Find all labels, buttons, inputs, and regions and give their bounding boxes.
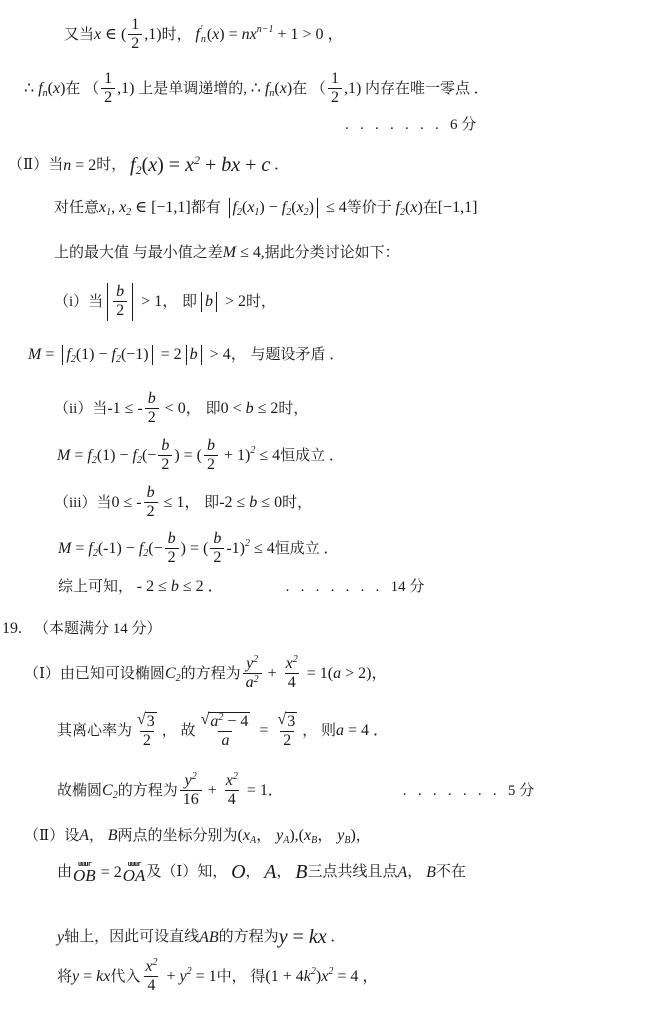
document-line: （Ⅰ）由已知可设椭圆C2的方程为y2a2 + x24 = 1(a > 2)， — [24, 655, 387, 693]
seg-sub: 2 — [137, 455, 142, 468]
seg-m: x — [99, 198, 106, 218]
seg-cn: 在 （ — [65, 80, 99, 99]
seg-m: M — [58, 539, 71, 559]
seg-m: b — [207, 437, 215, 455]
seg-r: + 1) — [220, 446, 250, 466]
seg-cn: 上的最大值 与最小值之差 — [54, 244, 223, 263]
seg-cn: . . . . . . . 14 分 — [286, 578, 425, 597]
seg-vbar — [317, 198, 318, 218]
seg-m: x — [226, 772, 233, 790]
seg-den: 2 — [158, 455, 172, 474]
seg-r: ≤ 4 — [250, 539, 275, 559]
seg-m: b — [147, 484, 155, 502]
seg-r: 2 — [104, 89, 112, 107]
seg-frac: b2 — [210, 530, 224, 568]
seg-m: x — [148, 153, 157, 178]
seg-num: b — [144, 484, 158, 502]
seg-sub: 2 — [286, 207, 291, 220]
seg-den: 2 — [204, 455, 218, 474]
seg-m: A — [79, 826, 89, 846]
document-page: 又当x ∈ (12,1)时， f′n(x) = nxn−1 + 1 > 0 ，∴… — [0, 0, 666, 1025]
seg-den: 2 — [144, 502, 158, 521]
seg-fence: b — [183, 345, 205, 365]
seg-cn: 恒成立 ． — [280, 447, 344, 466]
seg-cn: 轴上，因此可设直线 — [64, 928, 199, 947]
seg-r: + — [264, 664, 281, 684]
seg-r: = 4 ． — [344, 721, 389, 741]
seg-num: 1 — [328, 70, 342, 88]
seg-r: 19. — [2, 619, 34, 639]
seg-cn: 两点的坐标分别为 — [118, 827, 238, 846]
seg-sub: 2 — [237, 207, 242, 220]
seg-sub: n — [43, 88, 48, 101]
seg-m: bx — [221, 153, 240, 178]
seg-cn: （ii）当 — [54, 400, 107, 419]
seg-m: B — [426, 863, 436, 883]
seg-r: 2 — [143, 732, 151, 750]
seg-cn: 中， 得 — [217, 968, 266, 987]
seg-sub: 1 — [254, 207, 259, 220]
seg-r: (−1) — [121, 345, 149, 365]
seg-sub: 1 — [106, 207, 111, 220]
seg-gap — [224, 587, 286, 588]
seg-r: ≤ 4 — [236, 243, 261, 263]
seg-vbar — [152, 345, 153, 365]
seg-sub: 2 — [93, 548, 98, 561]
seg-sup: 2 — [328, 966, 333, 979]
seg-cn: 故椭圆 — [57, 782, 102, 801]
seg-r: = 1 — [192, 967, 217, 987]
seg-num: y2 — [182, 772, 200, 790]
seg-m: y — [180, 967, 187, 987]
seg-cn: . . . . . . . 6 分 — [345, 116, 476, 135]
seg-m: y — [72, 967, 79, 987]
seg-r: (1 + 4 — [265, 967, 303, 987]
document-line: 19. （本题满分 14 分） — [2, 619, 162, 639]
seg-m: x — [53, 79, 60, 99]
seg-m: x — [280, 79, 287, 99]
seg-r: 0 < — [221, 399, 246, 419]
seg-m: b — [161, 437, 169, 455]
seg-m: b — [148, 390, 156, 408]
seg-cn: （iii）当 — [54, 494, 112, 513]
seg-m: B — [295, 860, 307, 885]
seg-m: n — [63, 156, 71, 176]
seg-r: + — [200, 153, 221, 178]
document-line: （Ⅱ）设A， B两点的坐标分别为(xA， yA),(xB， yB)， — [24, 826, 371, 846]
seg-m: x — [410, 198, 417, 218]
seg-r: 2 — [147, 503, 155, 521]
document-line: 综上可知， - 2 ≤ b ≤ 2 ．. . . . . . . 14 分 — [58, 577, 424, 597]
seg-m: b — [116, 283, 124, 301]
seg-sub: B — [344, 835, 350, 848]
seg-m: a — [210, 713, 218, 731]
document-line: （ii）当-1 ≤ -b2 < 0， 即0 < b ≤ 2时， — [54, 390, 308, 428]
seg-sub: 2 — [400, 207, 405, 220]
seg-den: 4 — [285, 673, 299, 692]
seg-cn: （Ⅱ）当 — [8, 156, 63, 175]
seg-cn: 内存在唯一零点 ． — [361, 80, 489, 99]
seg-sub: B — [311, 835, 317, 848]
seg-frac: b2 — [204, 437, 218, 475]
seg-frac: √32 — [134, 712, 160, 751]
seg-cn: 由 — [57, 863, 72, 882]
seg-m: b — [168, 530, 176, 548]
seg-num: y2 — [243, 655, 261, 673]
seg-m: f — [195, 25, 199, 45]
seg-r: > 1， — [137, 292, 178, 312]
seg-r: + — [240, 153, 261, 178]
seg-m: y — [337, 826, 344, 846]
seg-r: ,1) — [144, 25, 161, 45]
seg-cn: 在 — [423, 199, 438, 218]
seg-cn: 时， — [96, 156, 130, 175]
seg-r: 2 — [168, 549, 176, 567]
seg-cn: ． — [268, 782, 283, 801]
seg-m: x — [185, 153, 194, 178]
seg-num: b — [165, 530, 179, 548]
seg-r: = — [79, 967, 96, 987]
seg-r: ≤ 4 — [322, 198, 347, 218]
seg-r: ∈ ( — [101, 25, 126, 45]
seg-fc: b — [205, 292, 213, 312]
seg-m: k — [304, 967, 311, 987]
seg-sub: 2 — [176, 673, 181, 686]
seg-m: a — [333, 664, 341, 684]
document-line: 故椭圆C2的方程为y216 + x24 = 1．. . . . . . . 5 … — [57, 772, 534, 810]
seg-m: x — [297, 198, 304, 218]
seg-cn: 及（Ⅰ）知， — [146, 863, 231, 882]
seg-cn: （Ⅱ）设 — [24, 827, 79, 846]
seg-ssub: n — [201, 35, 206, 45]
seg-m: y — [246, 655, 253, 673]
seg-r: + — [162, 967, 179, 987]
seg-frac: y216 — [180, 772, 202, 810]
seg-vbar — [62, 345, 63, 365]
seg-m: M — [28, 345, 41, 365]
seg-m: C — [165, 664, 176, 684]
seg-den: 2 — [328, 88, 342, 107]
seg-m: x — [119, 198, 126, 218]
seg-den: 2 — [140, 731, 154, 750]
seg-vec: uuurOA — [123, 861, 146, 884]
seg-r: 2 — [131, 35, 139, 53]
seg-r: ≤ 0 — [257, 493, 282, 513]
seg-cn: ， — [407, 863, 426, 882]
seg-cn: 时， — [278, 400, 308, 419]
seg-sup: 2 — [192, 771, 197, 783]
seg-cn: ． — [270, 156, 289, 175]
seg-m: x — [304, 826, 311, 846]
seg-sub: 2 — [113, 790, 118, 803]
seg-cn: 时， — [162, 26, 196, 45]
seg-m: M — [57, 446, 70, 466]
seg-cn: ， 则 — [302, 722, 336, 741]
seg-cn: 将 — [57, 968, 72, 987]
seg-m: a — [221, 732, 229, 750]
seg-frac: √a2 − 4a — [198, 712, 254, 751]
seg-m: x — [286, 655, 293, 673]
seg-m: A — [398, 863, 408, 883]
document-line: M = f2(-1) − f2(−b2) = (b2-1)2 ≤ 4恒成立 ． — [58, 530, 339, 568]
seg-r: ≤ 2 — [254, 399, 279, 419]
seg-num: √3 — [274, 712, 300, 731]
seg-r: = 4 ， — [333, 967, 378, 987]
seg-m: x — [145, 958, 152, 976]
seg-m: B — [108, 826, 118, 846]
seg-frac: b2 — [165, 530, 179, 568]
seg-cn: 的方程为 — [118, 782, 178, 801]
document-line: （iii）当0 ≤ -b2 ≤ 1， 即-2 ≤ b ≤ 0时， — [54, 484, 312, 522]
seg-r: 4 — [288, 674, 296, 692]
seg-cn: 与题设矛盾 ． — [247, 346, 345, 365]
seg-cn: 的方程为 — [181, 665, 241, 684]
seg-num: √3 — [134, 712, 160, 731]
seg-r: ),( — [289, 826, 304, 846]
seg-r: = — [41, 345, 58, 365]
seg-r: (− — [142, 446, 156, 466]
seg-sup: 2 — [293, 654, 298, 666]
seg-vbar — [201, 345, 202, 365]
seg-r: 2 — [161, 456, 169, 474]
seg-num: x2 — [142, 958, 160, 976]
seg-fence: b — [198, 292, 220, 312]
seg-frac: x24 — [223, 772, 241, 810]
seg-den: 2 — [165, 548, 179, 567]
seg-sqrt: √a2 − 4 — [201, 712, 251, 731]
seg-m: M — [223, 243, 236, 263]
seg-frac: x24 — [142, 958, 160, 996]
seg-sup: 2 — [194, 153, 200, 168]
seg-sub: 2 — [136, 163, 142, 178]
seg-r: 2 — [116, 302, 124, 320]
seg-cn: 在 （ — [292, 80, 326, 99]
seg-m: b — [171, 577, 179, 597]
seg-m: x — [321, 967, 328, 987]
seg-sup: 2 — [152, 957, 157, 969]
seg-den: 2 — [113, 301, 127, 320]
seg-r: ∈ [−1,1] — [131, 198, 191, 218]
seg-cn: （Ⅰ）由已知可设椭圆 — [24, 665, 165, 684]
seg-r: = — [70, 446, 87, 466]
seg-cn: （i）当 — [54, 293, 103, 312]
seg-cn: . . . . . . . 5 分 — [403, 782, 534, 801]
seg-r: ) − — [259, 198, 281, 218]
seg-sub: n — [269, 88, 274, 101]
seg-r: -1) — [226, 539, 245, 559]
seg-sup: 2 — [187, 966, 192, 979]
seg-fc: f2(x1) − f2(x2) — [233, 198, 314, 218]
seg-r: = 2 — [71, 156, 96, 176]
seg-fc: b2 — [111, 283, 129, 321]
seg-m: y — [57, 928, 64, 948]
seg-r: 16 — [183, 791, 199, 809]
seg-vbar — [229, 198, 230, 218]
seg-r: = 1 — [243, 781, 268, 801]
seg-r: ,1) — [117, 79, 134, 99]
seg-m: y — [279, 925, 288, 950]
seg-frac: √32 — [274, 712, 300, 751]
seg-sup: 2 — [253, 654, 258, 666]
seg-r: = — [288, 925, 309, 950]
seg-r: = 1( — [303, 664, 333, 684]
seg-vbar — [201, 292, 202, 312]
seg-vbar — [132, 283, 133, 321]
seg-frac: 12 — [328, 70, 342, 108]
seg-sub: 2 — [92, 455, 97, 468]
document-line: （Ⅱ）当n = 2时， f2(x) = x2 + bx + c ． — [8, 153, 289, 178]
seg-den: a — [218, 731, 232, 750]
seg-num: √a2 − 4 — [198, 712, 254, 731]
seg-sup: 2 — [254, 674, 259, 686]
seg-sub: 2 — [126, 207, 131, 220]
seg-gap — [283, 790, 403, 791]
seg-vec: uuurOB — [73, 861, 96, 884]
seg-cn: 又当 — [64, 26, 94, 45]
seg-ss: ′n — [201, 25, 206, 45]
seg-frac: y2a2 — [243, 655, 262, 693]
seg-sup: n−1 — [257, 24, 274, 37]
seg-m: x — [247, 198, 254, 218]
seg-r: ≤ 1， — [160, 493, 201, 513]
seg-r: ) — [309, 198, 314, 218]
document-line: （i）当b2 > 1， 即b > 2时， — [54, 283, 276, 321]
seg-r: = — [255, 721, 272, 741]
seg-sub: 2 — [304, 207, 309, 220]
seg-cn: ． — [327, 928, 346, 947]
document-line: 将y = kx代入x24 + y2 = 1中， 得(1 + 4k2)x2 = 4… — [57, 958, 378, 996]
seg-r: (1) − — [97, 446, 133, 466]
seg-r: ) = ( — [174, 446, 202, 466]
seg-sqrt: √3 — [277, 712, 297, 731]
seg-sqb: 3 — [285, 712, 297, 731]
seg-cn: 即 — [178, 293, 197, 312]
seg-r: 3 — [287, 713, 295, 731]
seg-cn: ， — [277, 863, 296, 882]
seg-sup: 2 — [218, 712, 223, 724]
seg-r: 1 — [131, 16, 139, 34]
seg-cn: ,据此分类讨论如下： — [261, 244, 400, 263]
seg-cn: 恒成立 ． — [275, 540, 339, 559]
seg-r: ) = — [219, 25, 241, 45]
seg-cn: ， — [89, 827, 108, 846]
seg-den: 2 — [145, 408, 159, 427]
seg-fc: b — [190, 345, 198, 365]
seg-r: -2 ≤ — [219, 493, 249, 513]
seg-r: ≤ 2 ． — [179, 577, 224, 597]
seg-sub: A — [283, 835, 289, 848]
seg-vbar — [186, 345, 187, 365]
seg-frac: b2 — [113, 283, 127, 321]
seg-r: [−1,1] — [438, 198, 478, 218]
seg-r: 2 — [331, 89, 339, 107]
seg-den: 2 — [128, 34, 142, 53]
seg-cn: 时， — [246, 293, 276, 312]
seg-r: ∴ — [24, 79, 38, 99]
seg-r: + 1 > 0 ， — [274, 25, 344, 45]
seg-sub: 2 — [143, 548, 148, 561]
seg-m: a — [246, 674, 254, 692]
seg-vbar — [107, 283, 108, 321]
seg-r: = 2 — [157, 345, 182, 365]
seg-r: 2 — [213, 549, 221, 567]
seg-r: 3 — [147, 713, 155, 731]
seg-r: = 2 — [97, 863, 122, 883]
seg-m: AB — [199, 928, 219, 948]
seg-r: > 2)， — [341, 664, 387, 684]
document-line: 对任意x1, x2 ∈ [−1,1]都有 f2(x1) − f2(x2) ≤ 4… — [54, 198, 477, 218]
seg-cn: 时， — [282, 494, 312, 513]
seg-sqrt: √3 — [137, 712, 157, 731]
seg-num: 1 — [101, 70, 115, 88]
seg-m: C — [102, 781, 113, 801]
seg-den: a2 — [243, 673, 262, 692]
seg-num: b — [145, 390, 159, 408]
seg-sub: A — [250, 835, 256, 848]
seg-num: b — [158, 437, 172, 455]
seg-den: 4 — [144, 976, 158, 995]
seg-r: > 4， — [206, 345, 247, 365]
seg-frac: 12 — [101, 70, 115, 108]
seg-cn: （本题满分 14 分） — [34, 620, 162, 639]
seg-frac: x24 — [283, 655, 301, 693]
seg-cn: 三点共线且点 — [308, 863, 398, 882]
seg-frac: b2 — [144, 484, 158, 522]
seg-r: ≤ 4 — [255, 446, 280, 466]
document-line: . . . . . . . 6 分 — [345, 116, 476, 135]
seg-m: kx — [309, 925, 327, 950]
seg-num: b — [204, 437, 218, 455]
seg-m: x — [212, 25, 219, 45]
seg-vbase: OA — [123, 867, 146, 884]
seg-m: c — [261, 153, 270, 178]
seg-sub: 2 — [116, 354, 121, 367]
seg-r: 2 — [283, 732, 291, 750]
seg-r: < 0， — [161, 399, 202, 419]
seg-r: > 2 — [221, 292, 246, 312]
seg-m: b — [246, 399, 254, 419]
seg-sqb: 3 — [145, 712, 157, 731]
seg-cn: 上是单调递增的, — [135, 80, 251, 99]
seg-r: + — [204, 781, 221, 801]
seg-r: ， — [256, 826, 276, 846]
seg-num: b — [210, 530, 224, 548]
seg-m: x — [94, 25, 101, 45]
seg-cn: 即 — [200, 494, 219, 513]
seg-frac: b2 — [145, 390, 159, 428]
seg-r: ∴ — [251, 79, 265, 99]
document-line: 上的最大值 与最小值之差M ≤ 4,据此分类讨论如下： — [54, 243, 400, 263]
document-line: M = f2(1) − f2(−1) = 2b > 4， 与题设矛盾 ． — [28, 345, 344, 365]
seg-m: y — [185, 772, 192, 790]
seg-cn: 对任意 — [54, 199, 99, 218]
seg-m: a — [336, 721, 344, 741]
seg-r: , — [111, 198, 119, 218]
seg-r: ,1) — [344, 79, 361, 99]
document-line: ∴ fn(x)在 （12,1) 上是单调递增的, ∴ fn(x)在 （12,1)… — [24, 70, 489, 108]
seg-r: 2 — [148, 409, 156, 427]
seg-num: x2 — [283, 655, 301, 673]
seg-cn: 其离心率为 — [57, 722, 132, 741]
seg-r: -1 ≤ - — [107, 399, 142, 419]
seg-r: - 2 ≤ — [137, 577, 171, 597]
seg-vbase: OB — [73, 867, 96, 884]
seg-fence: f2(x1) − f2(x2) — [226, 198, 321, 218]
seg-num: x2 — [223, 772, 241, 790]
seg-cn: 都有 — [191, 199, 225, 218]
seg-m: A — [264, 860, 276, 885]
seg-r: 0 ≤ - — [112, 493, 142, 513]
